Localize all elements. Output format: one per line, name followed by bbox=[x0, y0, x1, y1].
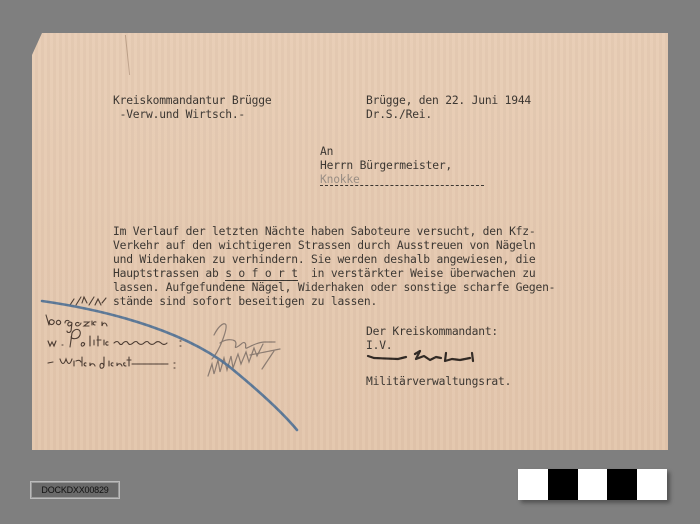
scale-segment-black bbox=[607, 469, 637, 500]
color-scale-bar bbox=[518, 469, 667, 500]
scale-segment-white bbox=[637, 469, 667, 500]
archive-reference-label: DOCKDXX00829 bbox=[30, 481, 120, 499]
scale-segment-white bbox=[578, 469, 608, 500]
handwritten-annotation bbox=[32, 33, 668, 450]
letter-document: Kreiskommandantur Brügge -Verw.und Wirts… bbox=[32, 33, 668, 450]
scale-segment-black bbox=[548, 469, 578, 500]
scale-segment-white bbox=[518, 469, 548, 500]
